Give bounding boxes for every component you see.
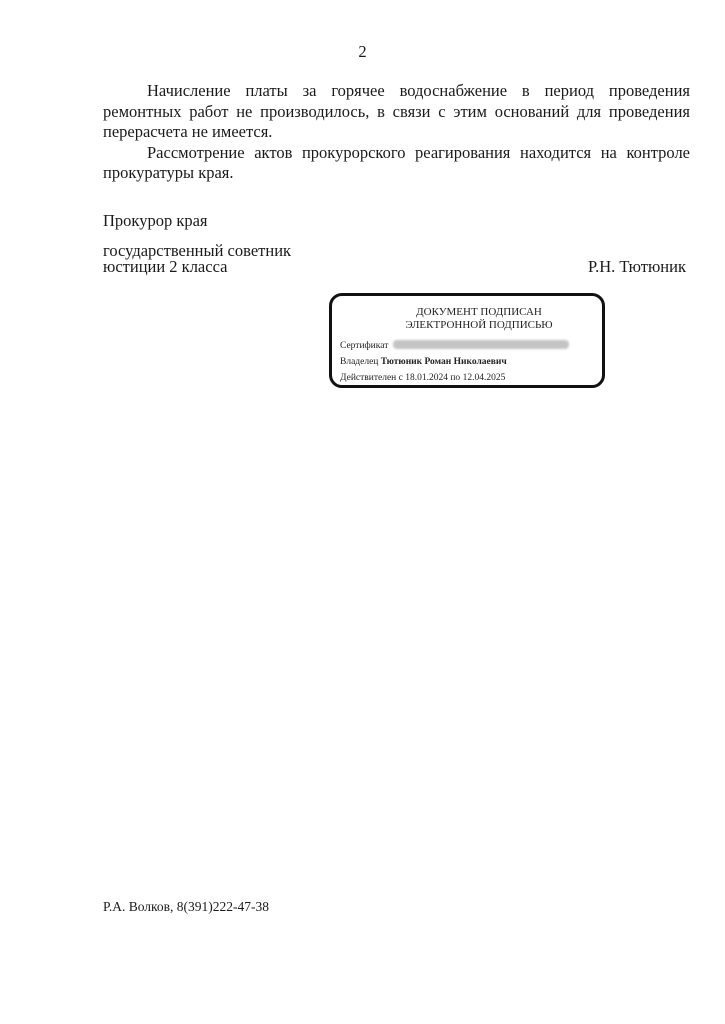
owner-name: Тютюник Роман Николаевич [381, 357, 507, 367]
valid-to-date: 12.04.2025 [463, 373, 506, 383]
stamp-validity-row: Действителен с 18.01.2024 по 12.04.2025 [340, 372, 505, 384]
signer-rank-line2: юстиции 2 класса [103, 259, 291, 275]
valid-label: Действителен [340, 373, 396, 383]
stamp-title: ДОКУМЕНТ ПОДПИСАН ЭЛЕКТРОННОЙ ПОДПИСЬЮ [332, 306, 602, 332]
paragraph-control: Рассмотрение актов прокурорского реагиро… [103, 143, 690, 184]
paragraph-recalculation: Начисление платы за горячее водоснабжени… [103, 81, 690, 143]
electronic-signature-stamp: ДОКУМЕНТ ПОДПИСАН ЭЛЕКТРОННОЙ ПОДПИСЬЮ С… [329, 293, 605, 388]
stamp-owner-row: Владелец Тютюник Роман Николаевич [340, 356, 507, 368]
stamp-title-line1: ДОКУМЕНТ ПОДПИСАН [356, 306, 602, 319]
certificate-label: Сертификат [340, 341, 388, 351]
signer-name: Р.Н. Тютюник [588, 259, 686, 275]
stamp-title-line2: ЭЛЕКТРОННОЙ ПОДПИСЬЮ [356, 319, 602, 332]
page-number: 2 [0, 42, 725, 62]
owner-label: Владелец [340, 357, 378, 367]
certificate-redacted-value [393, 340, 569, 349]
signer-position: Прокурор края [103, 211, 208, 231]
letter-body: Начисление платы за горячее водоснабжени… [103, 81, 690, 184]
valid-to-label: по [450, 373, 460, 383]
stamp-certificate-row: Сертификат [340, 340, 569, 352]
executor-contact: Р.А. Волков, 8(391)222-47-38 [103, 899, 269, 915]
valid-from-label: с [399, 373, 403, 383]
valid-from-date: 18.01.2024 [405, 373, 448, 383]
signer-rank: государственный советник юстиции 2 класс… [103, 243, 291, 275]
